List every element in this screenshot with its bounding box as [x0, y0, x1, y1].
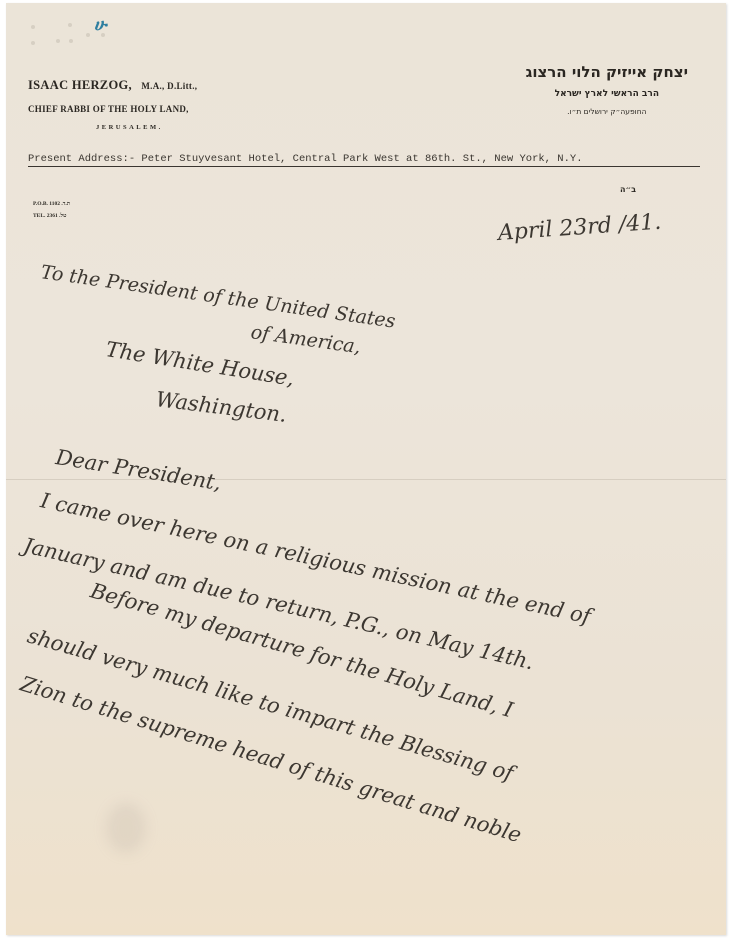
punch-hole — [69, 39, 73, 43]
letterhead-hebrew-title: הרב הראשי לארץ ישראל — [526, 89, 688, 99]
letterhead-hebrew-name: יצחק אייזיק הלוי הרצוג — [526, 63, 688, 81]
recipient-line: of America, — [249, 321, 362, 358]
punch-hole — [31, 41, 35, 45]
tel-number: TEL. 2361 .טל — [33, 210, 70, 222]
paper-stain — [106, 803, 146, 853]
letterhead-title: CHIEF RABBI OF THE HOLY LAND, — [28, 104, 197, 114]
punch-hole — [86, 33, 90, 37]
recipient-line: To the President of the United States — [39, 261, 396, 333]
punch-hole — [68, 23, 72, 27]
paper-fold-line — [6, 479, 726, 480]
recipient-line: Washington. — [155, 387, 289, 427]
archive-mark: ሁ — [94, 15, 107, 35]
pob-number: P.O.B. 1102 .ת.ד — [33, 198, 70, 210]
letterhead-hebrew: יצחק אייזיק הלוי הרצוג הרב הראשי לארץ יש… — [526, 63, 688, 116]
letterhead-degrees: M.A., D.Litt., — [141, 81, 197, 91]
letter-date: April 23rd /41. — [497, 210, 662, 246]
heading-bh: ב״ה — [620, 185, 636, 194]
letterhead-city: JERUSALEM. — [96, 124, 197, 131]
letterhead-english: ISAAC HERZOG, M.A., D.Litt., CHIEF RABBI… — [28, 78, 197, 131]
salutation: Dear President, — [54, 445, 223, 495]
letterhead-name-text: ISAAC HERZOG, — [28, 78, 132, 92]
punch-hole — [56, 39, 60, 43]
letterhead-hebrew-city: החופעה״ק ירושלים ת״ו. — [526, 107, 688, 116]
punch-hole — [31, 25, 35, 29]
contact-block: P.O.B. 1102 .ת.ד TEL. 2361 .טל — [33, 198, 70, 222]
letter-paper: ሁ ISAAC HERZOG, M.A., D.Litt., CHIEF RAB… — [6, 3, 726, 935]
present-address: Present Address:- Peter Stuyvesant Hotel… — [28, 153, 700, 167]
letterhead-name: ISAAC HERZOG, M.A., D.Litt., — [28, 78, 197, 93]
